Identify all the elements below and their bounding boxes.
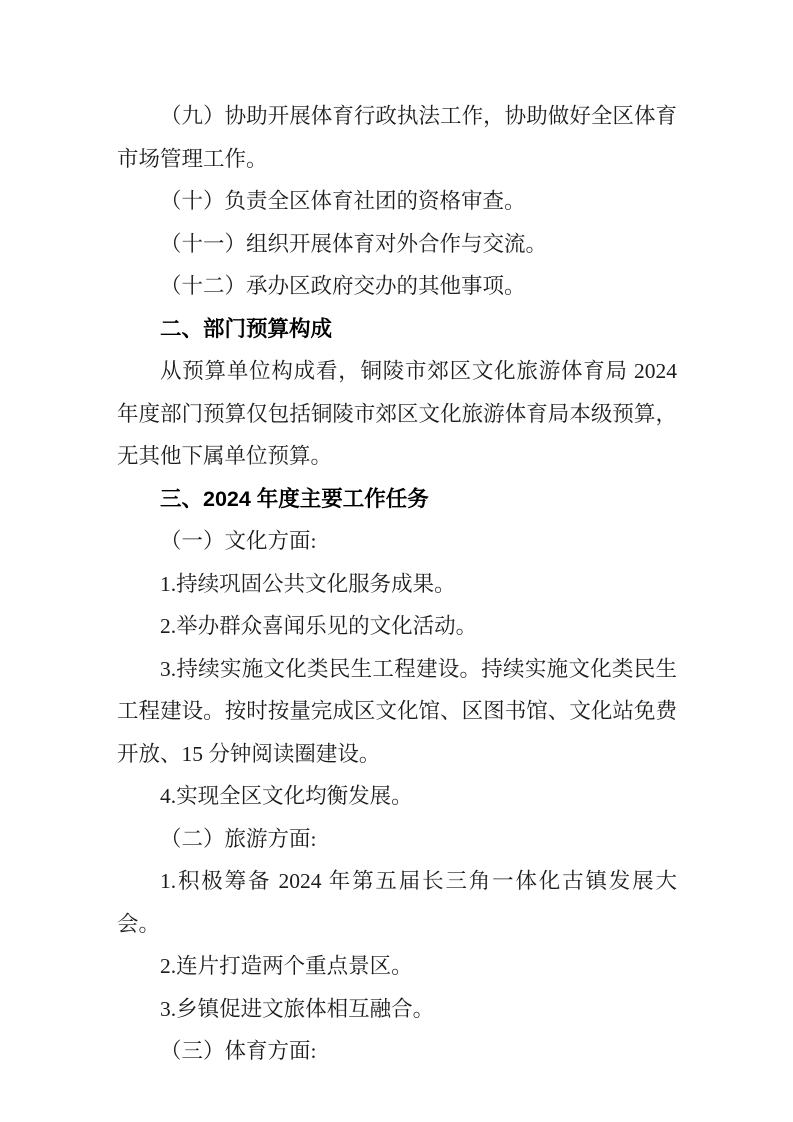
culture-task-2: 2.举办群众喜闻乐见的文化活动。 [117,605,677,648]
tourism-task-2: 2.连片打造两个重点景区。 [117,945,677,988]
tourism-task-1: 1.积极筹备 2024 年第五届长三角一体化古镇发展大会。 [117,860,677,945]
subheading-culture: （一）文化方面: [117,520,677,563]
subheading-tourism: （二）旅游方面: [117,818,677,861]
culture-task-4: 4.实现全区文化均衡发展。 [117,775,677,818]
clause-12: （十二）承办区政府交办的其他事项。 [117,265,677,308]
heading-budget-composition: 二、部门预算构成 [117,308,677,351]
document-page: （九）协助开展体育行政执法工作，协助做好全区体育市场管理工作。 （十）负责全区体… [0,0,793,1122]
clause-10: （十）负责全区体育社团的资格审查。 [117,180,677,223]
subheading-sports: （三）体育方面: [117,1030,677,1073]
budget-composition-paragraph: 从预算单位构成看，铜陵市郊区文化旅游体育局 2024 年度部门预算仅包括铜陵市郊… [117,350,677,478]
clause-11: （十一）组织开展体育对外合作与交流。 [117,223,677,266]
heading-2024-main-tasks: 三、2024 年度主要工作任务 [117,478,677,521]
tourism-task-3: 3.乡镇促进文旅体相互融合。 [117,988,677,1031]
document-body: （九）协助开展体育行政执法工作，协助做好全区体育市场管理工作。 （十）负责全区体… [117,95,677,1073]
culture-task-3: 3.持续实施文化类民生工程建设。持续实施文化类民生工程建设。按时按量完成区文化馆… [117,648,677,776]
culture-task-1: 1.持续巩固公共文化服务成果。 [117,563,677,606]
clause-9: （九）协助开展体育行政执法工作，协助做好全区体育市场管理工作。 [117,95,677,180]
